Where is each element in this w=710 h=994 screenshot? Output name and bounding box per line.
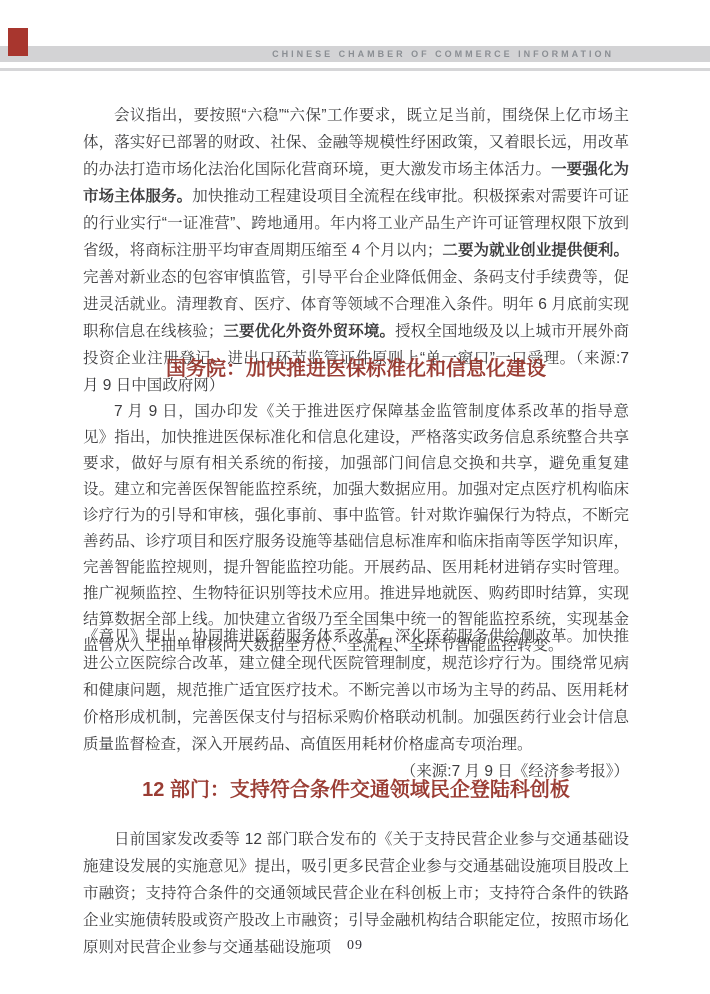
brand-accent-square: [8, 28, 28, 56]
bold-text-run: 二要为就业创业提供便利。: [442, 242, 629, 259]
text-run: 7 月 9 日，国办印发《关于推进医疗保障基金监管制度体系改革的指导意见》指出，…: [83, 403, 629, 654]
article-heading-12bumen: 12 部门：支持符合条件交通领域民企登陆科创板: [83, 775, 629, 805]
paragraph-article2-1: 7 月 9 日，国办印发《关于推进医疗保障基金监管制度体系改革的指导意见》指出，…: [83, 399, 629, 659]
header-rule: [0, 68, 710, 71]
text-run: 《意见》提出，协同推进医药服务体系改革。深化医药服务供给侧改革。加快推进公立医院…: [83, 628, 629, 753]
paragraph-article2-2: 《意见》提出，协同推进医药服务体系改革。深化医药服务供给侧改革。加快推进公立医院…: [83, 623, 629, 785]
article-heading-guowuyuan: 国务院：加快推进医保标准化和信息化建设: [83, 354, 629, 384]
text-run: 会议指出，要按照“六稳”“六保”工作要求，既立足当前，围绕保上亿市场主体，落实好…: [83, 107, 629, 178]
header-banner: CHINESE CHAMBER OF COMMERCE INFORMATION: [0, 46, 710, 62]
bold-text-run: 三要优化外资外贸环境。: [223, 323, 395, 340]
newsletter-page: CHINESE CHAMBER OF COMMERCE INFORMATION …: [0, 0, 710, 994]
banner-title: CHINESE CHAMBER OF COMMERCE INFORMATION: [0, 46, 710, 62]
page-number: 09: [0, 938, 710, 954]
